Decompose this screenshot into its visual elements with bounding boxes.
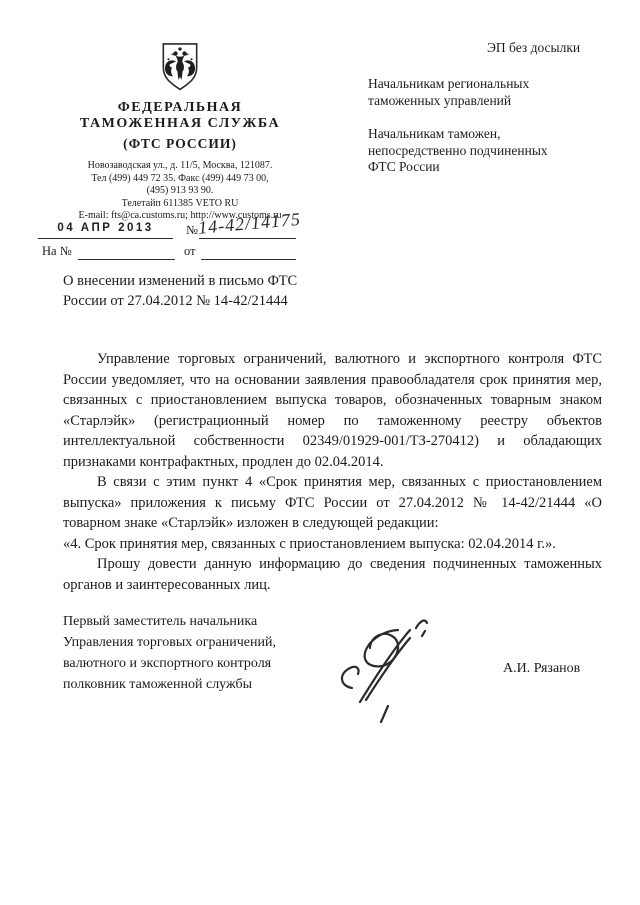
outgoing-date-line: 04 АПР 2013 <box>38 220 173 239</box>
signer-title-line: Управления торговых ограничений, <box>63 632 276 653</box>
reply-date-line <box>201 241 296 260</box>
recipient: Начальникам региональных таможенных упра… <box>368 76 548 109</box>
paragraph: Прошу довести данную информацию до сведе… <box>63 554 602 595</box>
coat-of-arms-icon <box>160 42 200 92</box>
signer-title-line: Первый заместитель начальника <box>63 611 276 632</box>
paragraph: Управление торговых ограничений, валютно… <box>63 349 602 472</box>
number-label: № <box>186 223 198 238</box>
paragraph: В связи с этим пункт 4 «Срок принятия ме… <box>63 472 602 534</box>
paragraph: «4. Срок принятия мер, связанных с приос… <box>63 534 602 555</box>
signer-name: А.И. Рязанов <box>503 661 580 677</box>
recipient: Начальникам таможен, непосредственно под… <box>368 126 548 176</box>
org-name: ФЕДЕРАЛЬНАЯ ТАМОЖЕННАЯ СЛУЖБА <box>20 100 340 131</box>
address-line: (495) 913 93 90. <box>20 185 340 198</box>
recipients-block: Начальникам региональных таможенных упра… <box>368 76 548 176</box>
reply-number-label: На № <box>42 244 72 259</box>
reply-date-label: от <box>184 244 196 259</box>
subject-line: О внесении изменений в письмо ФТС России… <box>63 271 297 311</box>
letter-body: Управление торговых ограничений, валютно… <box>63 349 602 595</box>
signer-title-line: валютного и экспортного контроля <box>63 653 276 674</box>
handwritten-signature <box>332 616 464 724</box>
letterhead: ФЕДЕРАЛЬНАЯ ТАМОЖЕННАЯ СЛУЖБА (ФТС РОССИ… <box>20 42 340 223</box>
date-stamp: 04 АПР 2013 <box>57 222 153 234</box>
signer-title-line: полковник таможенной службы <box>63 674 276 695</box>
signer-title: Первый заместитель начальника Управления… <box>63 611 276 695</box>
delivery-note: ЭП без досылки <box>487 40 580 56</box>
reply-number-line <box>78 241 175 260</box>
address-line: Телетайп 611385 VETO RU <box>20 198 340 211</box>
scanned-letter-page: ЭП без досылки ФЕДЕРАЛЬНАЯ ТАМОЖЕННАЯ СЛ… <box>0 0 640 905</box>
address-line: Новозаводская ул., д. 11/5, Москва, 1210… <box>20 160 340 173</box>
org-short-name: (ФТС РОССИИ) <box>20 136 340 152</box>
address-line: Тел (499) 449 72 35. Факс (499) 449 73 0… <box>20 173 340 186</box>
